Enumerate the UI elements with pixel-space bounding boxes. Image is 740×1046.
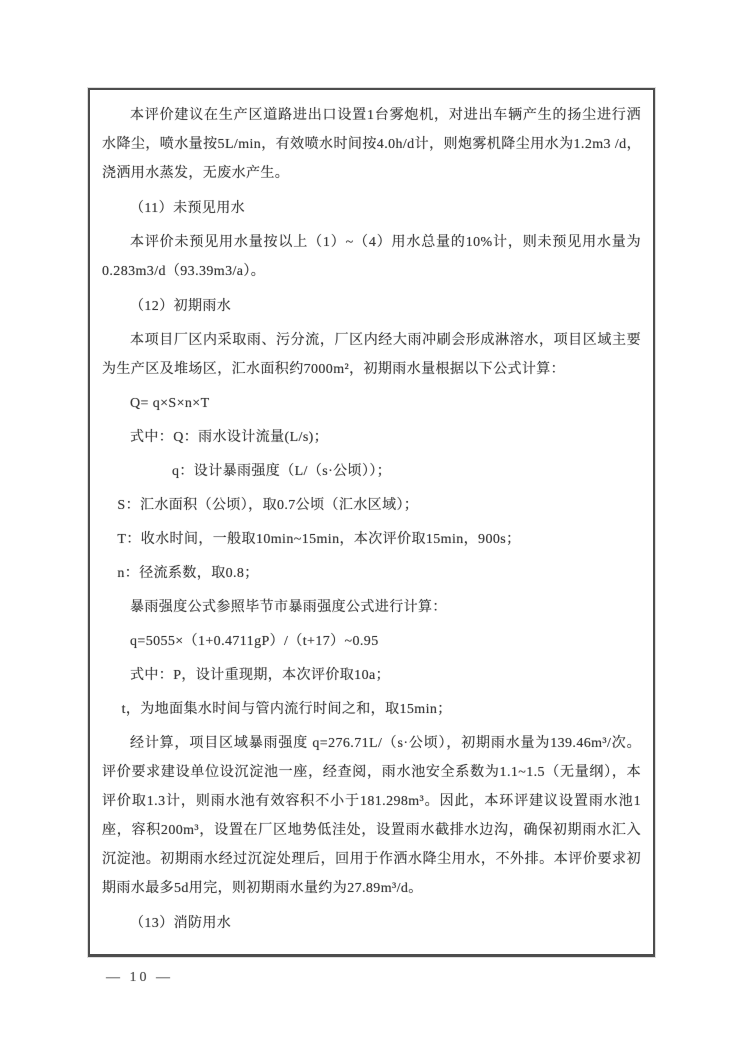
heading-11-unforeseen-water: （11）未预见用水 [102,194,641,223]
formula-def-S: S：汇水面积（公顷），取0.7公顷（汇水区域）； [117,491,641,520]
paragraph-storm-formula-ref: 暴雨强度公式参照毕节市暴雨强度公式进行计算： [130,593,641,622]
heading-12-initial-rainwater: （12）初期雨水 [102,292,641,321]
page-number-label: — 10 — [106,970,173,985]
formula-def-q: q：设计暴雨强度（L/（s·公顷））； [172,457,641,486]
formula-def-P: 式中：P，设计重现期，本次评价取10a； [130,661,641,690]
page-number: — 10 — [106,970,173,986]
paragraph-fog-cannon-water: 本评价建议在生产区道路进出口设置1台雾炮机，对进出车辆产生的扬尘进行洒水降尘，喷… [102,101,641,188]
formula-storm-intensity: q=5055×（1+0.4711gP）/（t+17）~0.95 [130,627,641,656]
report-text-box: 本评价建议在生产区道路进出口设置1台雾炮机，对进出车辆产生的扬尘进行洒水降尘，喷… [88,88,655,957]
formula-def-Q: 式中：Q：雨水设计流量(L/s)； [130,423,641,452]
paragraph-unforeseen-water: 本评价未预见用水量按以上（1）~（4）用水总量的10%计，则未预见用水量为0.2… [102,228,641,286]
document-page: 本评价建议在生产区道路进出口设置1台雾炮机，对进出车辆产生的扬尘进行洒水降尘，喷… [0,0,740,1046]
paragraph-rainwater-intro: 本项目厂区内采取雨、污分流，厂区内经大雨冲刷会形成淋溶水，项目区域主要为生产区及… [102,326,641,384]
heading-13-fire-water: （13）消防用水 [102,909,641,938]
formula-def-n: n：径流系数，取0.8； [117,559,641,588]
formula-def-t-lower: t，为地面集水时间与管内流行时间之和，取15min； [122,695,641,724]
formula-q-equals: Q= q×S×n×T [130,389,641,418]
paragraph-calculation-result: 经计算，项目区域暴雨强度 q=276.71L/（s·公顷），初期雨水量为139.… [102,729,641,903]
formula-def-T: T：收水时间，一般取10min~15min，本次评价取15min，900s； [117,525,641,554]
